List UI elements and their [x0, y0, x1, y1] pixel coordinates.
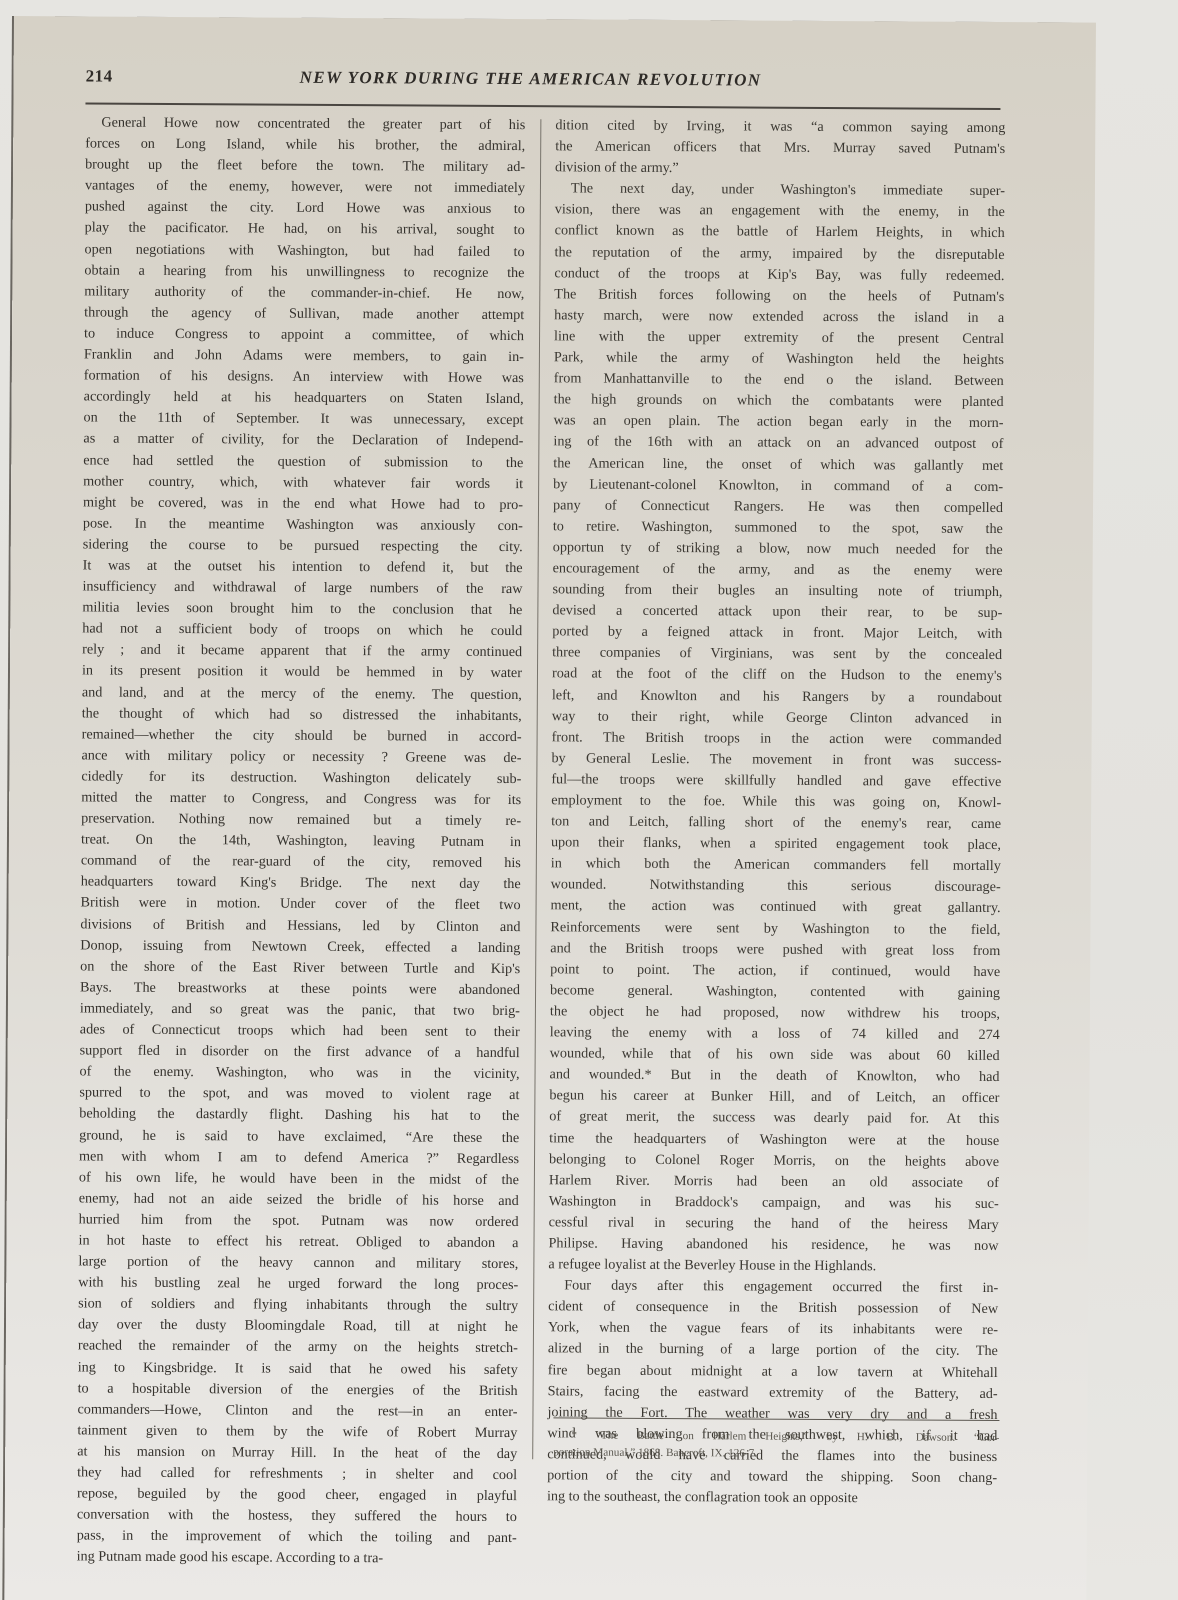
- text-line: militia levies soon brought him to the c…: [82, 598, 522, 622]
- text-line: men with whom I am to defend America ?” …: [79, 1146, 519, 1170]
- paragraph: Four days after this engagement occurred…: [547, 1275, 998, 1510]
- text-line: and land, and at the mercy of the enemy.…: [82, 682, 522, 706]
- text-line: cident of consequence in the British pos…: [548, 1297, 998, 1321]
- text-line: way to their right, while George Clinton…: [552, 706, 1002, 730]
- text-line: the thought of which had so distressed t…: [82, 703, 522, 727]
- text-line: point to point. The action, if continued…: [550, 959, 1000, 983]
- text-line: road at the foot of the cliff on the Hud…: [552, 664, 1002, 688]
- text-line: of the enemy. Washington, who was in the…: [79, 1062, 519, 1086]
- text-line: preservation. Nothing now remained but a…: [81, 809, 521, 833]
- text-line: alized in the burning of a large portion…: [548, 1339, 998, 1363]
- text-line: was an open plain. The action began earl…: [553, 411, 1003, 435]
- text-line: Donop, issuing from Newtown Creek, effec…: [80, 935, 520, 959]
- text-line: ing to the southeast, the conflagration …: [547, 1486, 997, 1510]
- text-line: repose, beguiled by the good cheer, enga…: [77, 1484, 517, 1508]
- text-line: rely ; and it became apparent that if th…: [82, 640, 522, 664]
- text-line: in which both the American commanders fe…: [551, 854, 1001, 878]
- header-rule: [85, 102, 1000, 110]
- text-line: with his bustling zeal he urged forward …: [78, 1273, 518, 1297]
- text-line: on the shore of the East River between T…: [80, 956, 520, 980]
- text-line: hurried him from the spot. Putnam was no…: [79, 1209, 519, 1233]
- text-line: conduct of the troops at Kip's Bay, was …: [554, 263, 1004, 287]
- text-line: wounded, while that of his own side was …: [550, 1043, 1000, 1067]
- right-column: dition cited by Irving, it was “a common…: [547, 115, 1005, 1510]
- text-line: leaving the enemy with a loss of 74 kill…: [550, 1022, 1000, 1046]
- text-line: ance with military policy or necessity ?…: [81, 745, 521, 769]
- text-line: in hot haste to effect his retreat. Obli…: [78, 1230, 518, 1254]
- text-line: conversation with the hostess, they suff…: [77, 1505, 517, 1529]
- text-line: devised a concerted attack upon their re…: [552, 600, 1002, 624]
- text-line: had not a sufficient body of troops on w…: [82, 619, 522, 643]
- text-line: ence had settled the question of submiss…: [83, 450, 523, 474]
- text-line: beholding the dastardly flight. Dashing …: [79, 1104, 519, 1128]
- footnote: * “The Battle on Harlem Heights,” by H. …: [553, 1427, 999, 1464]
- text-line: formation of his designs. An interview w…: [84, 366, 524, 390]
- text-line: The next day, under Washington's immedia…: [555, 179, 1005, 203]
- text-line: Park, while the army of Washington held …: [554, 347, 1004, 371]
- text-line: accordingly held at his headquarters on …: [84, 387, 524, 411]
- text-line: large portion of the heavy cannon and mi…: [78, 1251, 518, 1275]
- text-line: joining the Fort. The weather was very d…: [547, 1402, 997, 1426]
- text-line: the high grounds on which the combatants…: [554, 390, 1004, 414]
- text-line: Philipse. Having abandoned his residence…: [548, 1233, 998, 1257]
- text-line: begun his career at Bunker Hill, and of …: [549, 1086, 999, 1110]
- page-number: 214: [86, 66, 113, 86]
- text-line: of great merit, the success was dearly p…: [549, 1107, 999, 1131]
- text-line: ing to Kingsbridge. It is said that he o…: [78, 1357, 518, 1381]
- text-line: Reinforcements were sent by Washington t…: [550, 917, 1000, 941]
- text-line: from Manhattanville to the end o the isl…: [554, 368, 1004, 392]
- text-line: General Howe now concentrated the greate…: [85, 112, 525, 136]
- text-line: they had called for refreshments ; in sh…: [77, 1462, 517, 1486]
- text-line: the American officers that Mrs. Murray s…: [555, 136, 1005, 160]
- text-line: at his mansion on Murray Hill. In the he…: [77, 1441, 517, 1465]
- text-line: day over the dusty Bloomingdale Road, ti…: [78, 1315, 518, 1339]
- text-line: as a matter of civility, for the Declara…: [83, 429, 523, 453]
- text-line: time the headquarters of Washington were…: [549, 1128, 999, 1152]
- text-line: employment to the foe. While this was go…: [551, 790, 1001, 814]
- text-line: reached the remainder of the army on the…: [78, 1336, 518, 1360]
- left-column: General Howe now concentrated the greate…: [77, 112, 526, 1570]
- text-line: in its present position it would be hemm…: [82, 661, 522, 685]
- paragraph: The next day, under Washington's immedia…: [548, 179, 1005, 1279]
- text-line: a refugee loyalist at the Beverley House…: [548, 1254, 998, 1278]
- text-line: dition cited by Irving, it was “a common…: [555, 115, 1005, 139]
- text-line: the object he had proposed, now withdrew…: [550, 1001, 1000, 1025]
- text-line: Washington in Braddock's campaign, and w…: [549, 1191, 999, 1215]
- text-line: portion of the city and toward the shipp…: [547, 1465, 997, 1489]
- text-line: pose. In the meantime Washington was anx…: [83, 513, 523, 537]
- text-line: become general. Washington, contented wi…: [550, 980, 1000, 1004]
- text-line: and wounded.* But in the death of Knowlt…: [549, 1065, 999, 1089]
- text-line: three companies of Virginians, was sent …: [552, 643, 1002, 667]
- text-line: might be covered, was in the end what Ho…: [83, 492, 523, 516]
- text-line: vision, there was an engagement with the…: [555, 200, 1005, 224]
- text-line: sion of soldiers and flying inhabitants …: [78, 1294, 518, 1318]
- text-line: open negotiations with Washington, but h…: [85, 239, 525, 263]
- text-line: hasty march, were now extended across th…: [554, 305, 1004, 329]
- text-line: to induce Congress to appoint a committe…: [84, 323, 524, 347]
- text-line: encouragement of the army, and as the en…: [553, 558, 1003, 582]
- text-line: support fled in disorder on the first ad…: [80, 1041, 520, 1065]
- text-line: by General Leslie. The movement in front…: [551, 748, 1001, 772]
- text-line: by Lieutenant-colonel Knowlton, in comma…: [553, 474, 1003, 498]
- text-line: through the agency of Sullivan, made ano…: [84, 302, 524, 326]
- text-line: headquarters toward King's Bridge. The n…: [81, 872, 521, 896]
- text-line: brought up the fleet before the town. Th…: [85, 155, 525, 179]
- text-line: Four days after this engagement occurred…: [548, 1275, 998, 1299]
- paragraph-continuation: dition cited by Irving, it was “a common…: [555, 115, 1005, 181]
- text-line: Franklin and John Adams were members, to…: [84, 344, 524, 368]
- text-line: pass, in the improvement of which the to…: [77, 1526, 517, 1550]
- text-line: obtain a hearing from his unwillingness …: [84, 260, 524, 284]
- text-columns: General Howe now concentrated the greate…: [85, 112, 1010, 118]
- text-line: ful—the troops were skillfully handled a…: [551, 769, 1001, 793]
- text-line: pushed against the city. Lord Howe was a…: [85, 197, 525, 221]
- text-line: upon their flanks, when a spirited engag…: [551, 832, 1001, 856]
- text-line: treat. On the 14th, Washington, leaving …: [81, 830, 521, 854]
- text-line: divisions of British and Hessians, led b…: [80, 914, 520, 938]
- text-line: the reputation of the army, impaired by …: [555, 242, 1005, 266]
- page-header: 214 NEW YORK DURING THE AMERICAN REVOLUT…: [86, 66, 1006, 102]
- running-title: NEW YORK DURING THE AMERICAN REVOLUTION: [300, 68, 762, 91]
- text-line: Bays. The breastworks at these points we…: [80, 977, 520, 1001]
- text-line: and the British troops were pushed with …: [550, 938, 1000, 962]
- column-divider: [532, 119, 541, 1459]
- text-line: pany of Connecticut Rangers. He was then…: [553, 495, 1003, 519]
- text-line: ground, he is said to have exclaimed, “A…: [79, 1125, 519, 1149]
- text-line: forces on Long Island, while his brother…: [85, 134, 525, 158]
- text-line: cidedly for its destruction. Washington …: [81, 766, 521, 790]
- text-line: tainment given to them by the wife of Ro…: [77, 1420, 517, 1444]
- text-line: wounded. Notwithstanding this serious di…: [551, 875, 1001, 899]
- text-line: The British forces following on the heel…: [554, 284, 1004, 308]
- text-line: ing Putnam made good his escape. Accordi…: [77, 1547, 517, 1571]
- text-line: York, when the vague fears of its inhabi…: [548, 1318, 998, 1342]
- text-line: command of the rear-guard of the city, r…: [81, 851, 521, 875]
- text-line: division of the army.”: [555, 157, 1005, 181]
- text-line: cessful rival in securing the hand of th…: [549, 1212, 999, 1236]
- text-line: line with the upper extremity of the pre…: [554, 326, 1004, 350]
- text-line: front. The British troops in the action …: [552, 727, 1002, 751]
- text-line: ment, the action was continued with grea…: [551, 896, 1001, 920]
- text-line: poration Manual,” 1868. Bancroft, IX. 12…: [553, 1444, 999, 1464]
- text-line: conflict known as the battle of Harlem H…: [555, 221, 1005, 245]
- text-line: sounding from their bugles an insulting …: [552, 579, 1002, 603]
- text-line: play the pacificator. He had, on his arr…: [85, 218, 525, 242]
- text-line: ported by a feigned attack in front. Maj…: [552, 622, 1002, 646]
- text-line: mitted the matter to Congress, and Congr…: [81, 787, 521, 811]
- text-line: immediately, and so great was the panic,…: [80, 998, 520, 1022]
- paragraph: General Howe now concentrated the greate…: [77, 112, 526, 1570]
- text-line: of his own life, he would have been in t…: [79, 1167, 519, 1191]
- text-line: belonging to Colonel Roger Morris, on th…: [549, 1149, 999, 1173]
- text-line: sidering the course to be pursued respec…: [83, 534, 523, 558]
- text-line: left, and Knowlton and his Rangers by a …: [552, 685, 1002, 709]
- text-line: British were in motion. Under cover of t…: [81, 893, 521, 917]
- text-line: mother country, which, with whatever fai…: [83, 471, 523, 495]
- text-line: ton and Leitch, falling short of the ene…: [551, 811, 1001, 835]
- text-line: It was at the outset his intention to de…: [83, 555, 523, 579]
- text-line: to retire. Washington, summoned to the s…: [553, 516, 1003, 540]
- text-line: ing of the 16th with an attack on an adv…: [553, 432, 1003, 456]
- text-line: military authority of the commander-in-c…: [84, 281, 524, 305]
- text-line: opportun ty of striking a blow, now much…: [553, 537, 1003, 561]
- text-line: to a hospitable diversion of the energie…: [78, 1378, 518, 1402]
- text-line: fire began about midnight at a low taver…: [548, 1360, 998, 1384]
- book-page: 214 NEW YORK DURING THE AMERICAN REVOLUT…: [4, 16, 1096, 1600]
- text-line: ades of Connecticut troops which had bee…: [80, 1019, 520, 1043]
- text-line: enemy, had not an aide seized the bridle…: [79, 1188, 519, 1212]
- text-line: vantages of the enemy, however, were not…: [85, 176, 525, 200]
- text-line: insufficiency and withdrawal of large nu…: [82, 576, 522, 600]
- text-line: on the 11th of September. It was unneces…: [83, 408, 523, 432]
- text-line: commanders—Howe, Clinton and the rest—in…: [77, 1399, 517, 1423]
- text-line: Harlem River. Morris had been an old ass…: [549, 1170, 999, 1194]
- text-line: spurred to the spot, and was moved to vi…: [79, 1083, 519, 1107]
- text-line: Stairs, facing the eastward extremity of…: [548, 1381, 998, 1405]
- text-line: remained—whether the city should be burn…: [82, 724, 522, 748]
- text-line: the American line, the onset of which wa…: [553, 453, 1003, 477]
